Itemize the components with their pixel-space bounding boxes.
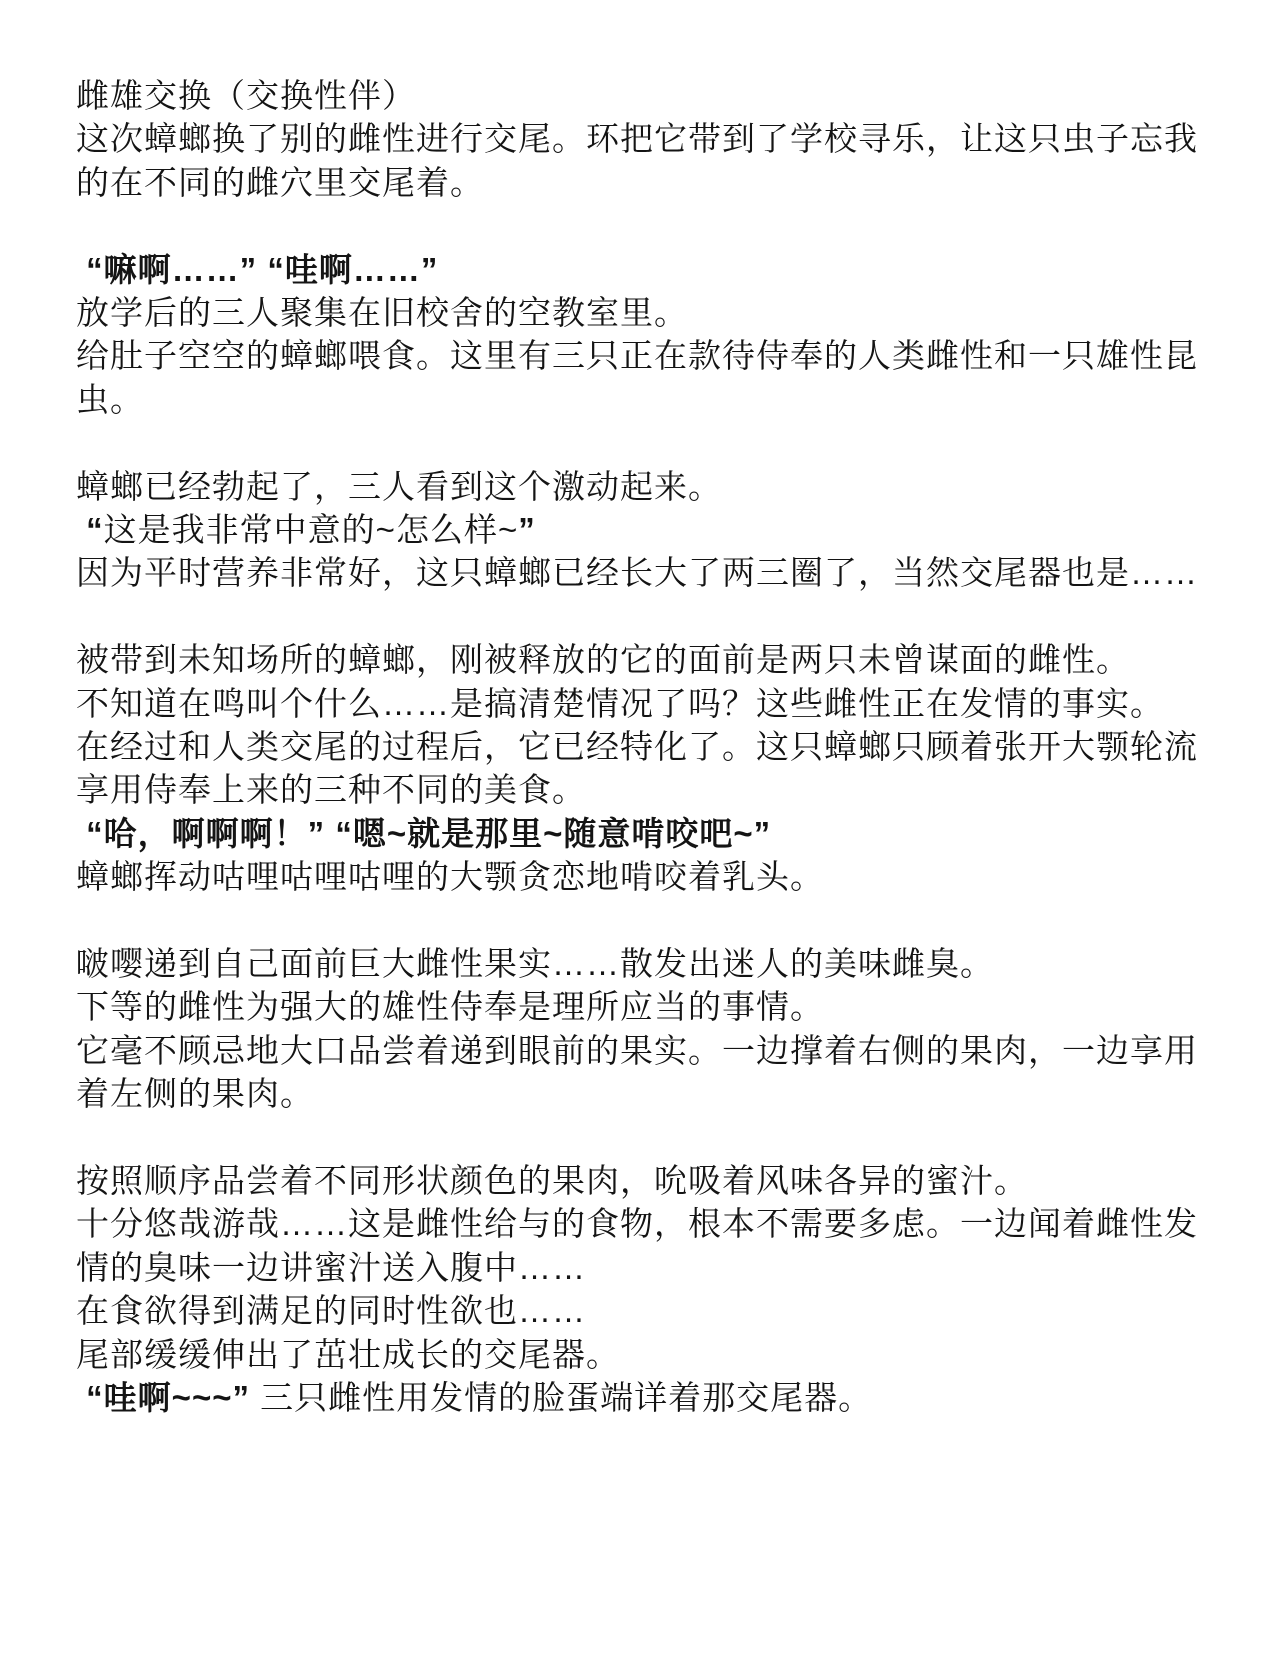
text-segment: 情的臭味一边讲蜜汁送入腹中…… — [76, 1249, 586, 1286]
text-segment: 这次蟑螂换了别的雌性进行交尾。环把它带到了学校寻乐，让这只虫子忘我 — [76, 120, 1198, 157]
text-segment: 虫。 — [76, 381, 144, 418]
text-line-dialogue: “哇啊~~~” 三只雌性用发情的脸蛋端详着那交尾器。 — [76, 1376, 1212, 1419]
text-segment: 三只雌性用发情的脸蛋端详着那交尾器。 — [260, 1379, 872, 1416]
text-segment: 雌雄交换（交换性伴） — [76, 77, 416, 114]
text-line: 十分悠哉游哉……这是雌性给与的食物，根本不需要多虑。一边闻着雌性发 — [76, 1202, 1212, 1245]
blank-line — [76, 1116, 1212, 1159]
text-segment: 在经过和人类交尾的过程后，它已经特化了。这只蟑螂只顾着张开大颚轮流 — [76, 728, 1198, 765]
text-segment: 啵嘤递到自己面前巨大雌性果实……散发出迷人的美味雌臭。 — [76, 945, 994, 982]
text-segment: 按照顺序品尝着不同形状颜色的果肉，吮吸着风味各异的蜜汁。 — [76, 1162, 1028, 1199]
text-line-title: 雌雄交换（交换性伴） — [76, 74, 1212, 117]
text-line-dialogue: “嘛啊……” “哇啊……” — [76, 248, 1212, 291]
text-line: 蟑螂已经勃起了，三人看到这个激动起来。 — [76, 465, 1212, 508]
text-line: 它毫不顾忌地大口品尝着递到眼前的果实。一边撑着右侧的果肉，一边享用 — [76, 1029, 1212, 1072]
text-segment: “ — [76, 511, 104, 548]
text-line: 在食欲得到满足的同时性欲也…… — [76, 1289, 1212, 1332]
text-segment: “哈，啊啊啊！” “嗯~就是那里~随意啃咬吧~” — [76, 815, 771, 852]
document-page: 雌雄交换（交换性伴） 这次蟑螂换了别的雌性进行交尾。环把它带到了学校寻乐，让这只… — [0, 0, 1280, 1420]
text-segment: 这是我非常中意的~怎么样~ — [104, 511, 519, 548]
text-line: 享用侍奉上来的三种不同的美食。 — [76, 768, 1212, 811]
text-line: 放学后的三人聚集在旧校舍的空教室里。 — [76, 291, 1212, 334]
text-line: 按照顺序品尝着不同形状颜色的果肉，吮吸着风味各异的蜜汁。 — [76, 1159, 1212, 1202]
text-line: 下等的雌性为强大的雄性侍奉是理所应当的事情。 — [76, 985, 1212, 1028]
text-segment: “哇啊~~~” — [76, 1379, 260, 1416]
text-segment: 不知道在鸣叫个什么……是搞清楚情况了吗？这些雌性正在发情的事实。 — [76, 685, 1164, 722]
page: { "page": { "background": "#ffffff", "te… — [0, 0, 1280, 1656]
text-segment: ” — [518, 511, 536, 548]
blank-line — [76, 595, 1212, 638]
text-segment: 放学后的三人聚集在旧校舍的空教室里。 — [76, 294, 688, 331]
text-segment: 它毫不顾忌地大口品尝着递到眼前的果实。一边撑着右侧的果肉，一边享用 — [76, 1032, 1198, 1069]
text-segment: 给肚子空空的蟑螂喂食。这里有三只正在款待侍奉的人类雌性和一只雄性昆 — [76, 337, 1198, 374]
text-line: 尾部缓缓伸出了茁壮成长的交尾器。 — [76, 1333, 1212, 1376]
text-segment: 因为平时营养非常好，这只蟑螂已经长大了两三圈了，当然交尾器也是…… — [76, 554, 1198, 591]
blank-line — [76, 899, 1212, 942]
text-segment: 享用侍奉上来的三种不同的美食。 — [76, 771, 586, 808]
text-line: 因为平时营养非常好，这只蟑螂已经长大了两三圈了，当然交尾器也是…… — [76, 551, 1212, 594]
text-line: 虫。 — [76, 378, 1212, 421]
text-segment: 蟑螂挥动咕哩咕哩咕哩的大颚贪恋地啃咬着乳头。 — [76, 858, 824, 895]
text-line: 不知道在鸣叫个什么……是搞清楚情况了吗？这些雌性正在发情的事实。 — [76, 682, 1212, 725]
text-segment: 十分悠哉游哉……这是雌性给与的食物，根本不需要多虑。一边闻着雌性发 — [76, 1205, 1198, 1242]
text-segment: 下等的雌性为强大的雄性侍奉是理所应当的事情。 — [76, 988, 824, 1025]
text-segment: 着左侧的果肉。 — [76, 1075, 314, 1112]
text-line-dialogue: “哈，啊啊啊！” “嗯~就是那里~随意啃咬吧~” — [76, 812, 1212, 855]
text-line: 蟑螂挥动咕哩咕哩咕哩的大颚贪恋地啃咬着乳头。 — [76, 855, 1212, 898]
text-line: 着左侧的果肉。 — [76, 1072, 1212, 1115]
text-line: 情的臭味一边讲蜜汁送入腹中…… — [76, 1246, 1212, 1289]
blank-line — [76, 421, 1212, 464]
text-line: 这次蟑螂换了别的雌性进行交尾。环把它带到了学校寻乐，让这只虫子忘我 — [76, 117, 1212, 160]
text-line-dialogue: “这是我非常中意的~怎么样~” — [76, 508, 1212, 551]
text-segment: 尾部缓缓伸出了茁壮成长的交尾器。 — [76, 1336, 620, 1373]
text-segment: 蟑螂已经勃起了，三人看到这个激动起来。 — [76, 468, 722, 505]
text-line: 的在不同的雌穴里交尾着。 — [76, 161, 1212, 204]
text-segment: 在食欲得到满足的同时性欲也…… — [76, 1292, 586, 1329]
text-line: 给肚子空空的蟑螂喂食。这里有三只正在款待侍奉的人类雌性和一只雄性昆 — [76, 334, 1212, 377]
text-line: 被带到未知场所的蟑螂，刚被释放的它的面前是两只未曾谋面的雌性。 — [76, 638, 1212, 681]
text-line: 啵嘤递到自己面前巨大雌性果实……散发出迷人的美味雌臭。 — [76, 942, 1212, 985]
text-line: 在经过和人类交尾的过程后，它已经特化了。这只蟑螂只顾着张开大颚轮流 — [76, 725, 1212, 768]
text-segment: 被带到未知场所的蟑螂，刚被释放的它的面前是两只未曾谋面的雌性。 — [76, 641, 1130, 678]
blank-line — [76, 204, 1212, 247]
text-segment: “嘛啊……” “哇啊……” — [76, 251, 438, 288]
text-segment: 的在不同的雌穴里交尾着。 — [76, 164, 484, 201]
